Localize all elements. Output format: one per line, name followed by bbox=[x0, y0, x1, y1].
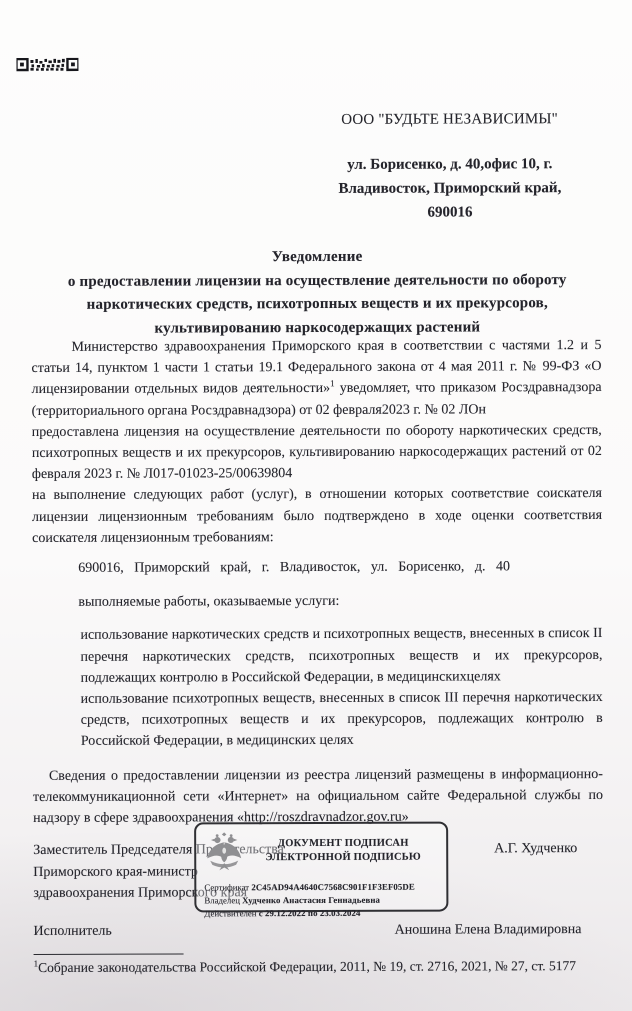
address-line-3: 690016 bbox=[285, 200, 615, 225]
validity-value: с 29.12.2022 по 23.03.2024 bbox=[259, 907, 361, 917]
registry-info: Сведения о предоставлении лицензии из ре… bbox=[33, 764, 603, 830]
stamp-certificate-row: Сертификат 2C45AD94A4640C7568C901F1F3EF0… bbox=[204, 881, 436, 895]
license-address: 690016, Приморский край, г. Владивосток,… bbox=[32, 556, 602, 579]
company-address: ул. Борисенко, д. 40,офис 10, г. Владиво… bbox=[285, 152, 615, 225]
stamp-title-line-1: ДОКУМЕНТ ПОДПИСАН bbox=[250, 837, 436, 851]
paragraph-works-condition: на выполнение следующих работ (услуг), в… bbox=[32, 483, 602, 549]
document-title: Уведомление о предоставлении лицензии на… bbox=[45, 245, 589, 341]
double-headed-eagle-icon bbox=[204, 830, 244, 879]
executor-name: Аношина Елена Владимировна bbox=[395, 919, 582, 941]
title-line-3: наркотических средств, психотропных веще… bbox=[45, 292, 589, 317]
barcode-icon bbox=[16, 58, 78, 77]
document-content: ООО "БУДЬТЕ НЕЗАВИСИМЫ" ул. Борисенко, д… bbox=[0, 0, 632, 1011]
footnote-separator bbox=[34, 953, 184, 955]
work-item-list-3: использование психотропных веществ, внес… bbox=[81, 687, 603, 752]
company-name: ООО "БУДЬТЕ НЕЗАВИСИМЫ" bbox=[285, 111, 615, 129]
scanned-document-page: ООО "БУДЬТЕ НЕЗАВИСИМЫ" ул. Борисенко, д… bbox=[0, 0, 632, 1011]
paragraph-intro: Министерство здравоохранения Приморского… bbox=[31, 335, 601, 422]
validity-label: Действителен bbox=[204, 908, 256, 918]
stamp-details: Сертификат 2C45AD94A4640C7568C901F1F3EF0… bbox=[204, 881, 436, 920]
footnote: 1Собрание законодательства Российской Фе… bbox=[34, 955, 604, 978]
title-line-1: Уведомление bbox=[45, 245, 589, 270]
address-line-2: Владивосток, Приморский край, bbox=[285, 176, 615, 201]
work-item-list-2: использование наркотических средств и пс… bbox=[80, 623, 602, 688]
title-line-2: о предоставлении лицензии на осуществлен… bbox=[45, 269, 589, 294]
executor-row: Исполнитель Аношина Елена Владимировна bbox=[33, 919, 603, 942]
stamp-title-line-2: ЭЛЕКТРОННОЙ ПОДПИСЬЮ bbox=[250, 850, 436, 864]
stamp-header: ДОКУМЕНТ ПОДПИСАН ЭЛЕКТРОННОЙ ПОДПИСЬЮ bbox=[204, 830, 436, 880]
stamp-owner-row: Владелец Худченко Анастасия Геннадьевна bbox=[204, 893, 436, 907]
paragraph-license-granted: предоставлена лицензия на осуществление … bbox=[32, 420, 602, 486]
official-name: А.Г. Худченко bbox=[494, 838, 577, 859]
works-services-label: выполняемые работы, оказываемые услуги: bbox=[32, 590, 602, 613]
stamp-validity-row: Действителен с 29.12.2022 по 23.03.2024 bbox=[204, 906, 436, 920]
owner-label: Владелец bbox=[204, 895, 240, 905]
stamp-title: ДОКУМЕНТ ПОДПИСАН ЭЛЕКТРОННОЙ ПОДПИСЬЮ bbox=[250, 830, 436, 865]
owner-value: Худченко Анастасия Геннадьевна bbox=[242, 895, 380, 905]
address-line-1: ул. Борисенко, д. 40,офис 10, г. bbox=[285, 152, 615, 177]
certificate-value: 2C45AD94A4640C7568C901F1F3EF05DE bbox=[251, 882, 415, 893]
footnote-text: Собрание законодательства Российской Фед… bbox=[38, 958, 576, 975]
certificate-label: Сертификат bbox=[204, 882, 249, 892]
recipient-block: ООО "БУДЬТЕ НЕЗАВИСИМЫ" ул. Борисенко, д… bbox=[285, 111, 615, 225]
executor-label: Исполнитель bbox=[33, 920, 111, 941]
digital-signature-stamp: ДОКУМЕНТ ПОДПИСАН ЭЛЕКТРОННОЙ ПОДПИСЬЮ С… bbox=[194, 822, 448, 913]
